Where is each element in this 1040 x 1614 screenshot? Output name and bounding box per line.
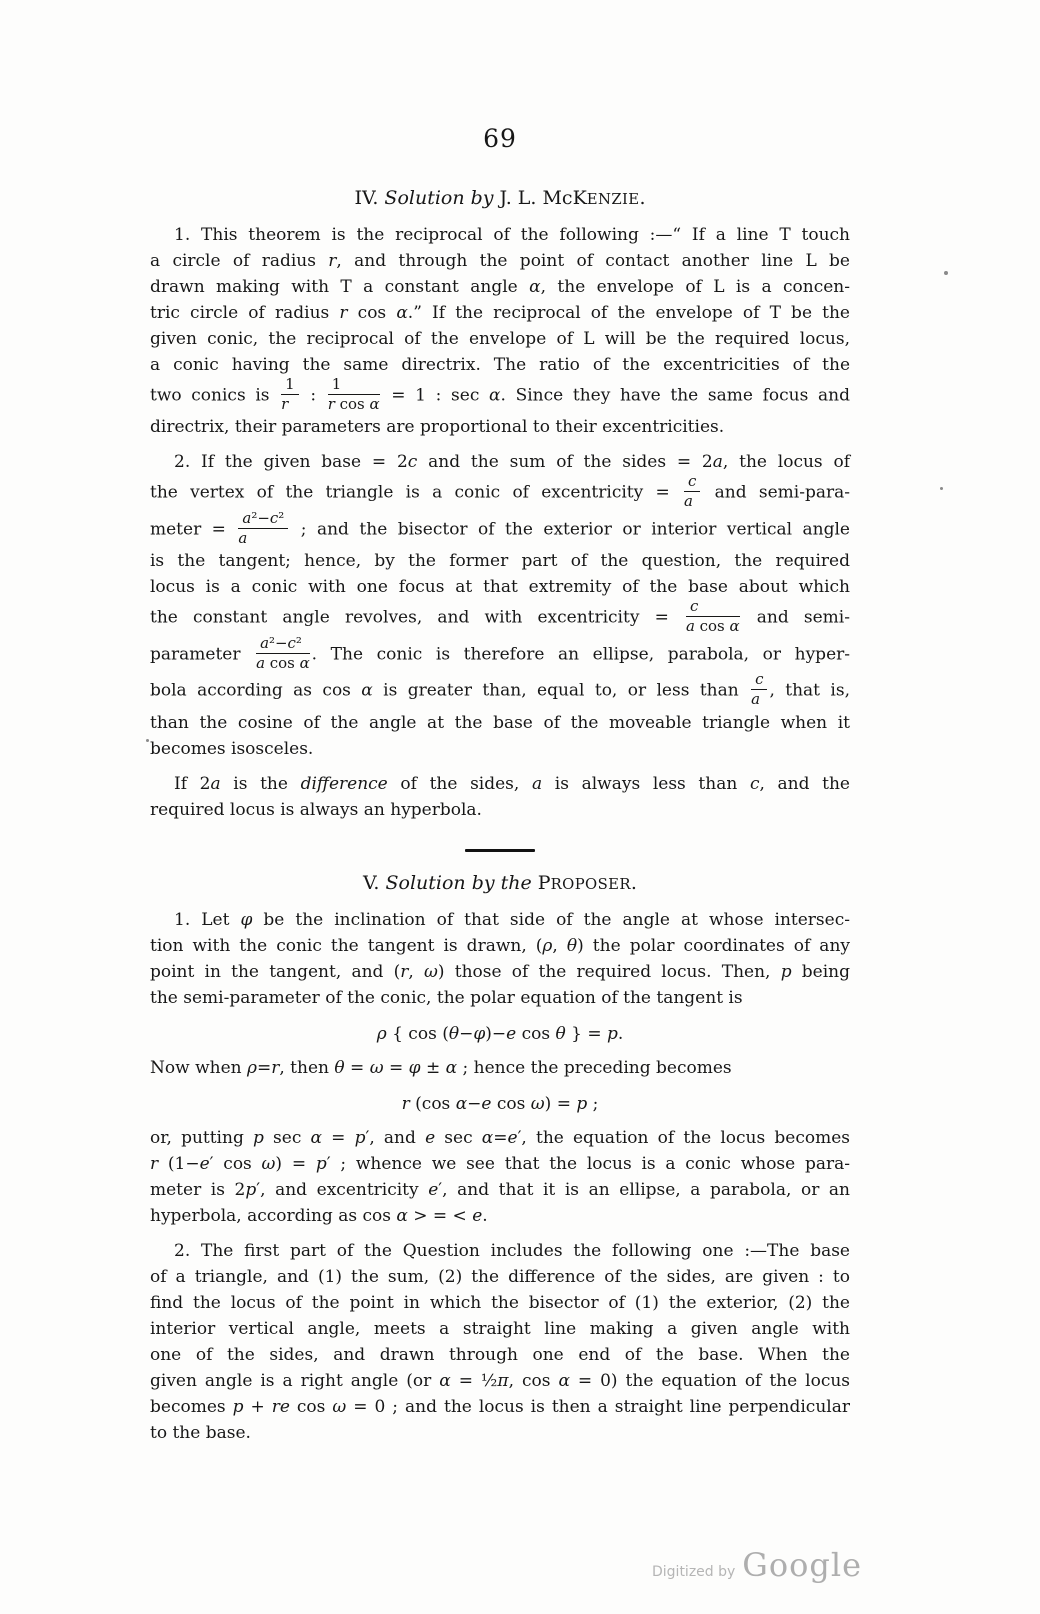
text-line: the constant angle revolves, and with ex…	[150, 600, 850, 636]
text-line: parameter a²−c²a cos α. The conic is the…	[150, 637, 850, 673]
fraction-numerator: c	[684, 473, 700, 492]
text-line: directrix, their parameters are proporti…	[150, 414, 850, 440]
text-line: If 2a is the difference of the sides, a …	[150, 771, 850, 797]
text-line: required locus is always an hyperbola.	[150, 797, 850, 823]
text-line: than the cosine of the angle at the base…	[150, 710, 850, 736]
text-line: Now when ρ=r, then θ = ω = φ ± α ; hence…	[150, 1055, 850, 1081]
paragraph: If 2a is the difference of the sides, a …	[150, 771, 850, 823]
fraction-denominator: a	[238, 529, 288, 547]
paragraph: 1. Let φ be the inclination of that side…	[150, 907, 850, 1011]
paragraph: 2. If the given base = 2c and the sum of…	[150, 449, 850, 761]
text-line: interior vertical angle, meets a straigh…	[150, 1316, 850, 1342]
scan-speck	[944, 271, 948, 275]
paragraph: 1. This theorem is the reciprocal of the…	[150, 222, 850, 440]
text-line: becomes isosceles.	[150, 736, 850, 762]
fraction: 1r cos α	[328, 376, 380, 412]
text-line: 1. Let φ be the inclination of that side…	[150, 907, 850, 933]
paragraph: 2. The first part of the Question includ…	[150, 1238, 850, 1446]
text-line: becomes p + re cos ω = 0 ; and the locus…	[150, 1394, 850, 1420]
text-line: 2. If the given base = 2c and the sum of…	[150, 449, 850, 475]
text-line: locus is a conic with one focus at that …	[150, 574, 850, 600]
scan-speck	[146, 739, 149, 742]
small-caps-text: roposer	[551, 876, 631, 893]
fraction-numerator: 1	[328, 376, 380, 395]
fraction-numerator: a²−c²	[256, 635, 310, 654]
text-line: tric circle of radius r cos α.” If the r…	[150, 300, 850, 326]
section-heading: V. Solution by the Proposer.	[150, 872, 850, 894]
text-line: to the base.	[150, 1420, 850, 1446]
text-line: bola according as cos α is greater than,…	[150, 673, 850, 709]
equation-line: ρ { cos (θ−φ)−e cos θ } = p.	[150, 1020, 850, 1048]
text-line: find the locus of the point in which the…	[150, 1290, 850, 1316]
section-divider	[465, 849, 535, 852]
small-caps-text: enzie	[587, 191, 640, 208]
fraction: a²−c²a	[238, 510, 288, 546]
fraction-numerator: c	[686, 598, 740, 617]
google-logo: Google	[742, 1546, 862, 1584]
text-line: hyperbola, according as cos α > = < e.	[150, 1203, 850, 1229]
text-line: two conics is 1r : 1r cos α = 1 : sec α.…	[150, 378, 850, 414]
fraction: a²−c²a cos α	[256, 635, 310, 671]
text-line: or, putting p sec α = p′, and e sec α=e′…	[150, 1125, 850, 1151]
section-heading: IV. Solution by J. L. McKenzie.	[150, 187, 850, 209]
text-line: a conic having the same directrix. The r…	[150, 352, 850, 378]
paragraph: Now when ρ=r, then θ = ω = φ ± α ; hence…	[150, 1055, 850, 1081]
fraction-numerator: c	[751, 671, 767, 690]
text-line: 1. This theorem is the reciprocal of the…	[150, 222, 850, 248]
fraction-denominator: a cos α	[686, 617, 740, 635]
watermark: Digitized byGoogle	[652, 1546, 862, 1584]
watermark-text: Digitized by	[652, 1564, 735, 1580]
fraction-denominator: a cos α	[256, 654, 310, 672]
text-line: 2. The first part of the Question includ…	[150, 1238, 850, 1264]
equation-line: r (cos α−e cos ω) = p ;	[150, 1090, 850, 1118]
fraction-denominator: a	[684, 492, 700, 510]
text-line: point in the tangent, and (r, ω) those o…	[150, 959, 850, 985]
text-line: given conic, the reciprocal of the envel…	[150, 326, 850, 352]
text-line: a circle of radius r, and through the po…	[150, 248, 850, 274]
scan-speck	[940, 487, 943, 490]
text-line: the vertex of the triangle is a conic of…	[150, 475, 850, 511]
document-content: 69IV. Solution by J. L. McKenzie.1. This…	[150, 0, 850, 1455]
text-line: of a triangle, and (1) the sum, (2) the …	[150, 1264, 850, 1290]
text-line: given angle is a right angle (or α = ½π,…	[150, 1368, 850, 1394]
fraction-numerator: 1	[281, 376, 299, 395]
text-line: the semi-parameter of the conic, the pol…	[150, 985, 850, 1011]
fraction-denominator: r	[281, 395, 299, 413]
fraction: ca	[751, 671, 767, 707]
fraction: ca	[684, 473, 700, 509]
paragraph: or, putting p sec α = p′, and e sec α=e′…	[150, 1125, 850, 1229]
text-line: r (1−e′ cos ω) = p′ ; whence we see that…	[150, 1151, 850, 1177]
fraction-denominator: r cos α	[328, 395, 380, 413]
text-line: one of the sides, and drawn through one …	[150, 1342, 850, 1368]
text-line: drawn making with T a constant angle α, …	[150, 274, 850, 300]
scanned-page: 69IV. Solution by J. L. McKenzie.1. This…	[0, 0, 1040, 1614]
page-number: 69	[150, 124, 850, 153]
fraction: 1r	[281, 376, 299, 412]
fraction: ca cos α	[686, 598, 740, 634]
fraction-numerator: a²−c²	[238, 510, 288, 529]
text-line: meter is 2p′, and excentricity e′, and t…	[150, 1177, 850, 1203]
text-line: meter = a²−c²a ; and the bisector of the…	[150, 512, 850, 548]
text-line: tion with the conic the tangent is drawn…	[150, 933, 850, 959]
text-line: is the tangent; hence, by the former par…	[150, 548, 850, 574]
fraction-denominator: a	[751, 690, 767, 708]
